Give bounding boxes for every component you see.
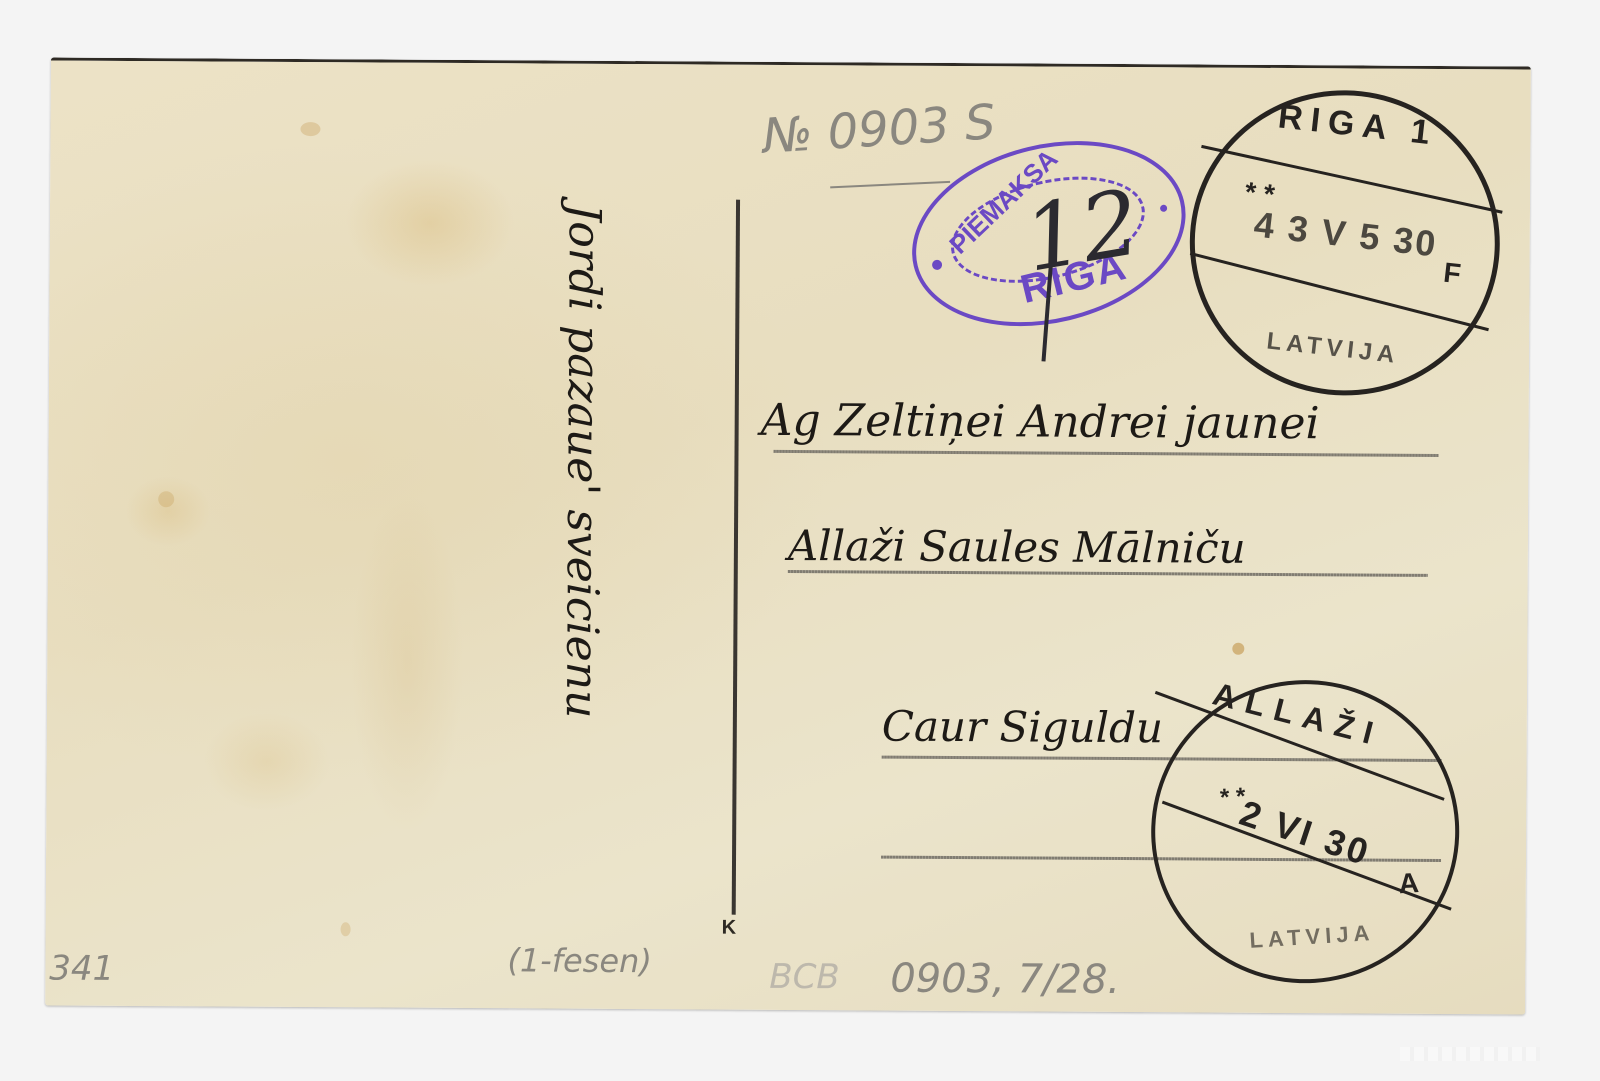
address-rule-2 bbox=[788, 570, 1428, 577]
archive-ref-faint: BCB bbox=[769, 957, 840, 997]
address-line-1: Ag Zeltiņei Andrei jaunei bbox=[761, 395, 1320, 449]
address-line-3: Caur Siguldu bbox=[882, 702, 1163, 753]
archive-reference: 0903, 7/28. bbox=[890, 956, 1120, 1003]
foxing-stain bbox=[300, 122, 320, 136]
watermark bbox=[1400, 1047, 1540, 1061]
postcard-back: Jordi pazaue' sveicienu K № 0903 S PIEMA… bbox=[45, 57, 1531, 1014]
foxing-stain bbox=[1232, 643, 1244, 655]
handwritten-message: Jordi pazaue' sveicienu bbox=[556, 204, 610, 719]
allazi-postmark: ALLAŽI * * 2 VI 30 A LATVIJA bbox=[1142, 671, 1469, 993]
postmark-country: LATVIJA bbox=[1161, 914, 1462, 959]
stamp-dot-icon bbox=[931, 259, 943, 271]
bottom-note: (1-fesen) bbox=[507, 941, 652, 980]
riga-postmark: RIGA 1 4 3 V 5 30 * * F LATVIJA bbox=[1174, 74, 1516, 411]
address-line-2: Allaži Saules Mālniču bbox=[788, 521, 1246, 573]
address-rule-1 bbox=[774, 450, 1439, 457]
inventory-number: 341 bbox=[49, 948, 114, 988]
foxing-stain bbox=[158, 491, 174, 507]
stamp-dot-icon bbox=[1159, 204, 1167, 212]
postmark-city: RIGA 1 bbox=[1207, 90, 1509, 162]
postmark-country: LATVIJA bbox=[1182, 318, 1483, 379]
center-divider bbox=[732, 200, 740, 915]
divider-letter: K bbox=[722, 917, 737, 940]
catalog-number: № 0903 S bbox=[761, 94, 997, 165]
foxing-stain bbox=[341, 922, 351, 936]
catalog-underline bbox=[830, 181, 950, 189]
postmark-city: ALLAŽI bbox=[1148, 660, 1448, 770]
